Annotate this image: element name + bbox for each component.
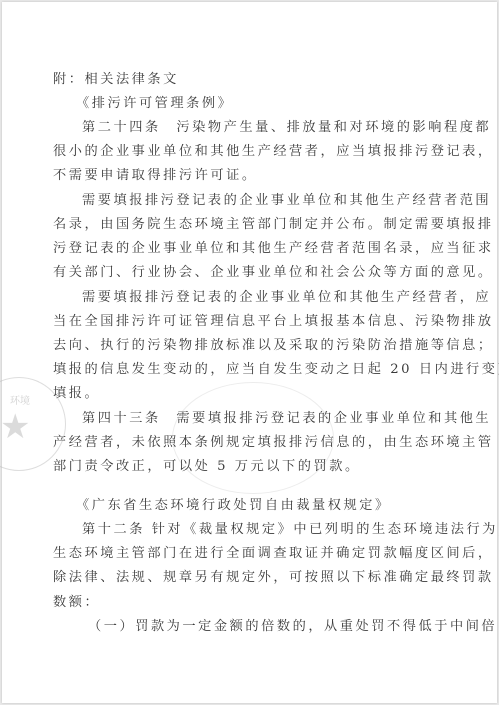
regulation-title: 《广东省生态环境行政处罚自由裁量权规定》 — [76, 498, 391, 514]
text-line: 需要填报排污登记表的企业事业单位和其他生产经营者范围 — [82, 193, 491, 209]
text-line: 生态环境主管部门在进行全面调查取证并确定罚款幅度区间后， — [53, 546, 494, 562]
text-line: 产经营者，未依照本条例规定填报排污信息的，由生态环境主管 — [53, 435, 494, 451]
appendix-heading: 附：相关法律条文 — [53, 72, 179, 88]
text-line: 数额： — [53, 595, 100, 611]
article-12-line: 第十二条 针对《裁量权规定》中已列明的生态环境违法行为， — [82, 522, 499, 538]
text-line: 名录，由国务院生态环境主管部门制定并公布。制定需要填报排 — [53, 217, 494, 233]
text-line: 当在全国排污许可证管理信息平台上填报基本信息、污染物排放 — [53, 314, 494, 330]
text-line: 部门责令改正，可以处 5 万元以下的罚款。 — [53, 459, 361, 475]
law-title: 《排污许可管理条例》 — [76, 96, 233, 112]
text-line: （一）罚款为一定金额的倍数的，从重处罚不得低于中间倍 — [88, 619, 497, 635]
text-line: 需要填报排污登记表的企业事业单位和其他生产经营者，应 — [82, 290, 491, 306]
article-24-line: 第二十四条 污染物产生量、排放量和对环境的影响程度都 — [82, 120, 491, 136]
text-line: 填报的信息发生变动的，应当自发生变动之日起 20 日内进行变更 — [53, 362, 499, 378]
text-line: 填报。 — [53, 386, 100, 402]
text-line: 除法律、法规、规章另有规定外，可按照以下标准确定最终罚款 — [53, 570, 494, 586]
text-line: 很小的企业事业单位和其他生产经营者，应当填报排污登记表， — [53, 144, 494, 160]
text-line: 去向、执行的污染物排放标准以及采取的污染防治措施等信息； — [53, 338, 494, 354]
text-line: 污登记表的企业事业单位和其他生产经营者范围名录，应当征求 — [53, 241, 494, 257]
seal-star-icon: ★ — [0, 410, 30, 444]
text-line: 不需要申请取得排污许可证。 — [53, 168, 258, 184]
article-43-line: 第四十三条 需要填报排污登记表的企业事业单位和其他生 — [82, 411, 491, 427]
text-line: 有关部门、行业协会、企业事业单位和社会公众等方面的意见。 — [53, 265, 494, 281]
seal-text: 环境 — [10, 392, 30, 407]
document-page: 环境 ★ 附：相关法律条文 《排污许可管理条例》 第二十四条 污染物产生量、排放… — [2, 2, 497, 703]
